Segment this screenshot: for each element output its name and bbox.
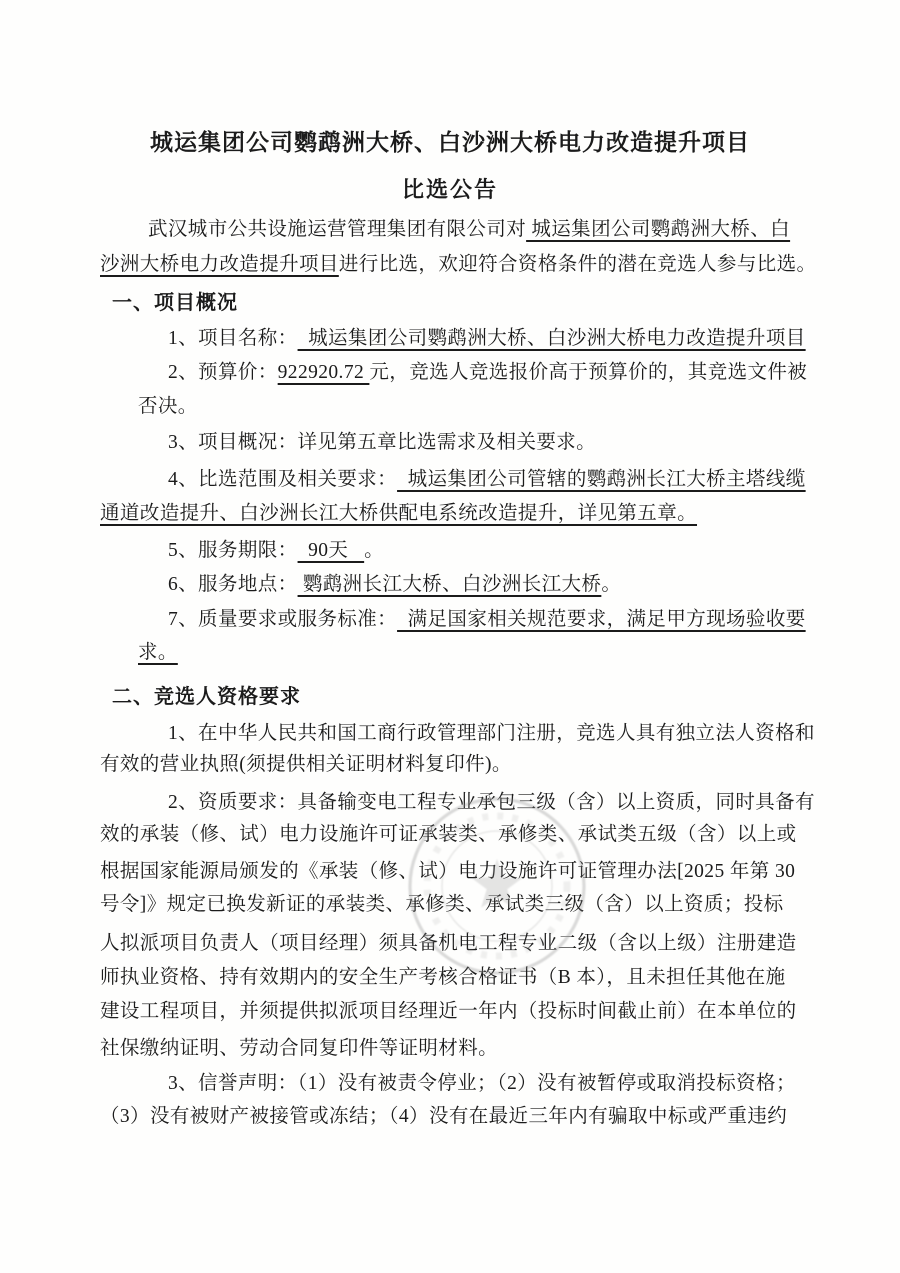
- qualification-2-line-6: 师执业资格、持有效期内的安全生产考核合格证书（B 本），且未担任其他在施: [100, 965, 786, 990]
- item-scope: 4、比选范围及相关要求： 城运集团公司管辖的鹦鹉洲长江大桥主塔线缆: [168, 467, 806, 492]
- text-run: 人拟派项目负责人（项目经理）须具备机电工程专业二级（含以上级）注册建造: [100, 933, 797, 954]
- document-title: 城运集团公司鹦鹉洲大桥、白沙洲大桥电力改造提升项目: [0, 124, 900, 157]
- scanned-document-page: 城运集团公司鹦鹉洲大桥、白沙洲大桥电力改造提升项目 比选公告 武汉城市公共设施运…: [0, 0, 900, 1273]
- text-run: 一、项目概况: [112, 292, 238, 314]
- intro-line-2: 沙洲大桥电力改造提升项目进行比选，欢迎符合资格条件的潜在竞选人参与比选。: [100, 252, 816, 277]
- qualification-2-line-2: 效的承装（修、试）电力设施许可证承装类、承修类、承试类五级（含）以上或: [100, 822, 797, 847]
- text-run: 7、质量要求或服务标准：: [168, 609, 397, 630]
- text-run: 根据国家能源局颁发的《承装（修、试）电力设施许可证管理办法[2025 年第 30: [100, 861, 795, 882]
- text-run: 1、在中华人民共和国工商行政管理部门注册，竞选人具有独立法人资格和: [168, 723, 815, 744]
- qualification-2-line-7: 建设工程项目，并须提供拟派项目经理近一年内（投标时间截止前）在本单位的: [100, 999, 797, 1024]
- text-run: 90天: [298, 540, 365, 561]
- section-2-heading: 二、竞选人资格要求: [112, 685, 301, 710]
- qualification-1: 1、在中华人民共和国工商行政管理部门注册，竞选人具有独立法人资格和: [168, 721, 815, 746]
- text-run: 建设工程项目，并须提供拟派项目经理近一年内（投标时间截止前）在本单位的: [100, 1001, 797, 1022]
- text-run: 。: [601, 574, 621, 595]
- text-run: 效的承装（修、试）电力设施许可证承装类、承修类、承试类五级（含）以上或: [100, 824, 797, 845]
- text-run: 鹦鹉洲长江大桥、白沙洲长江大桥: [298, 574, 602, 595]
- qualification-2-line-3: 根据国家能源局颁发的《承装（修、试）电力设施许可证管理办法[2025 年第 30: [100, 859, 795, 884]
- text-run: 否决。: [138, 396, 198, 417]
- qualification-1-cont: 有效的营业执照(须提供相关证明材料复印件)。: [100, 752, 512, 777]
- text-run: （3）没有被财产被接管或冻结；（4）没有在最近三年内有骗取中标或严重违约: [100, 1106, 787, 1127]
- text-run: 2、预算价：: [168, 362, 278, 383]
- text-run: 6、服务地点：: [168, 574, 298, 595]
- item-quality-requirement-cont: 求。: [138, 640, 178, 665]
- text-run: 城运集团公司鹦鹉洲大桥、白沙洲大桥电力改造提升项目: [298, 328, 806, 349]
- text-run: 师执业资格、持有效期内的安全生产考核合格证书（B 本），且未担任其他在施: [100, 967, 786, 988]
- text-run: 2、资质要求：具备输变电工程专业承包三级（含）以上资质，同时具备有: [168, 792, 815, 813]
- text-run: 3、信誉声明：（1）没有被责令停业；（2）没有被暂停或取消投标资格；: [168, 1073, 796, 1094]
- item-project-overview: 3、项目概况：详见第五章比选需求及相关要求。: [168, 430, 596, 455]
- text-run: 922920.72: [278, 362, 370, 383]
- text-run: 求。: [138, 642, 178, 663]
- text-run: 3、项目概况：详见第五章比选需求及相关要求。: [168, 432, 596, 453]
- text-run: 沙洲大桥电力改造提升项目: [100, 254, 339, 275]
- text-run: 元，竞选人竞选报价高于预算价的，其竞选文件被: [369, 362, 807, 383]
- text-run: 有效的营业执照(须提供相关证明材料复印件)。: [100, 754, 512, 775]
- text-run: 满足国家相关规范要求，满足甲方现场验收要: [397, 609, 806, 630]
- qualification-2-line-5: 人拟派项目负责人（项目经理）须具备机电工程专业二级（含以上级）注册建造: [100, 931, 797, 956]
- qualification-3-line-1: 3、信誉声明：（1）没有被责令停业；（2）没有被暂停或取消投标资格；: [168, 1071, 796, 1096]
- item-budget-price-cont: 否决。: [138, 394, 198, 419]
- text-run: 。: [364, 540, 384, 561]
- text-run: 5、服务期限：: [168, 540, 298, 561]
- qualification-3-line-2: （3）没有被财产被接管或冻结；（4）没有在最近三年内有骗取中标或严重违约: [100, 1104, 787, 1129]
- text-run: 二、竞选人资格要求: [112, 686, 301, 708]
- text-run: 通道改造提升、白沙洲长江大桥供配电系统改造提升，详见第五章。: [100, 503, 697, 524]
- item-project-name: 1、项目名称： 城运集团公司鹦鹉洲大桥、白沙洲大桥电力改造提升项目: [168, 326, 806, 351]
- text-run: 武汉城市公共设施运营管理集团有限公司对: [148, 219, 526, 240]
- text-run: 社保缴纳证明、劳动合同复印件等证明材料。: [100, 1038, 498, 1059]
- text-run: 1、项目名称：: [168, 328, 298, 349]
- item-service-location: 6、服务地点： 鹦鹉洲长江大桥、白沙洲长江大桥。: [168, 572, 621, 597]
- qualification-2-line-4: 号令]》规定已换发新证的承装类、承修类、承试类三级（含）以上资质；投标: [100, 892, 784, 917]
- item-budget-price: 2、预算价：922920.72 元，竞选人竞选报价高于预算价的，其竞选文件被: [168, 360, 807, 385]
- item-service-period: 5、服务期限： 90天 。: [168, 538, 384, 563]
- text-run: 号令]》规定已换发新证的承装类、承修类、承试类三级（含）以上资质；投标: [100, 894, 784, 915]
- intro-line-1: 武汉城市公共设施运营管理集团有限公司对 城运集团公司鹦鹉洲大桥、白: [148, 217, 790, 242]
- item-scope-cont: 通道改造提升、白沙洲长江大桥供配电系统改造提升，详见第五章。: [100, 501, 697, 526]
- qualification-2-line-8: 社保缴纳证明、劳动合同复印件等证明材料。: [100, 1036, 498, 1061]
- text-run: 城运集团公司鹦鹉洲大桥、白: [526, 219, 790, 240]
- item-quality-requirement: 7、质量要求或服务标准： 满足国家相关规范要求，满足甲方现场验收要: [168, 607, 806, 632]
- qualification-2-line-1: 2、资质要求：具备输变电工程专业承包三级（含）以上资质，同时具备有: [168, 790, 815, 815]
- section-1-heading: 一、项目概况: [112, 291, 238, 316]
- text-run: 进行比选，欢迎符合资格条件的潜在竞选人参与比选。: [339, 254, 817, 275]
- text-run: 城运集团公司管辖的鹦鹉洲长江大桥主塔线缆: [397, 469, 806, 490]
- text-run: 4、比选范围及相关要求：: [168, 469, 397, 490]
- document-subtitle: 比选公告: [0, 173, 900, 204]
- seal-inner-ring: [442, 831, 552, 941]
